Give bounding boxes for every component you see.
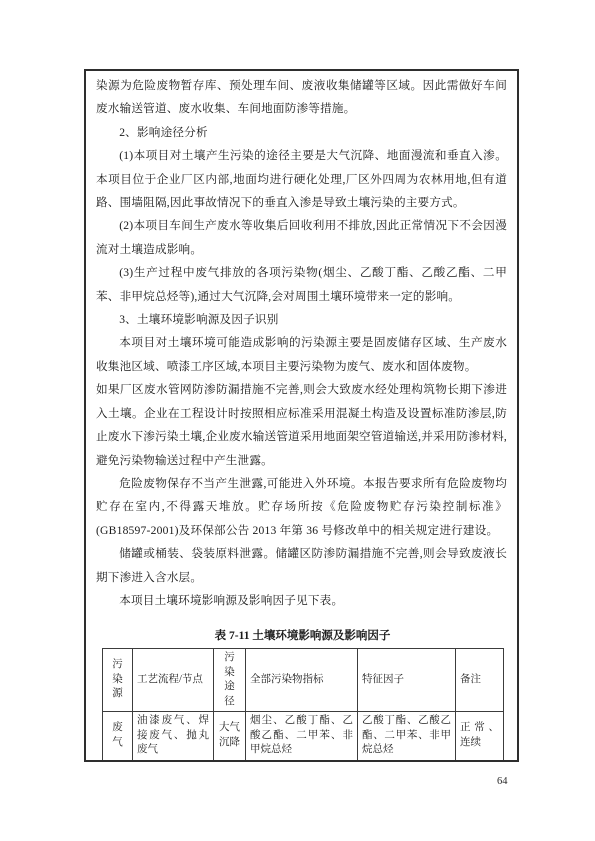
page-number: 64 xyxy=(497,776,508,787)
table-row-waste-gas: 废气 油漆废气、焊接废气、抛丸废气 大气沉降 烟尘、乙酸丁酯、乙酸乙酯、二甲苯、… xyxy=(103,712,504,761)
document-page: 染源为危险废物暂存库、预处理车间、废液收集储罐等区域。因此需做好车间废水输送管道… xyxy=(0,0,595,841)
table-cell-pollutants: 烟尘、乙酸丁酯、乙酸乙酯、二甲苯、非甲烷总烃 xyxy=(246,712,358,761)
table-cell-path: 大气沉降 xyxy=(214,712,246,761)
paragraph-item-2: (2)本项目车间生产废水等收集后回收利用不排放,因此正常情况下不会因漫流对土壤造… xyxy=(96,214,507,261)
table-cell-pollutants: 酸碱、有机物、重金属 xyxy=(246,760,358,762)
paragraph-heading-3: 3、土壤环境影响源及因子识别 xyxy=(96,308,507,331)
column-header-remarks: 备注 xyxy=(456,649,504,712)
table-cell-source: 废 xyxy=(103,760,133,762)
table-row-waste-water-clipped: 废 储罐、输送 地面 酸碱、有机物、重金属 有机物、重金属等 事故、 xyxy=(103,760,504,762)
column-header-pollution-path: 污染途径 xyxy=(214,649,246,712)
table-header-row: 污染源 工艺流程/节点 污染途径 全部污染物指标 特征因子 备注 xyxy=(103,649,504,712)
paragraph-seepage: 如果厂区废水管网防渗防漏措施不完善,则会大致废水经处理构筑物长期下渗进入土壤。企… xyxy=(96,378,507,472)
column-header-process-node: 工艺流程/节点 xyxy=(133,649,214,712)
body-text: 染源为危险废物暂存库、预处理车间、废液收集储罐等区域。因此需做好车间废水输送管道… xyxy=(86,71,517,612)
table-title: 表 7-11 土壤环境影响源及影响因子 xyxy=(102,628,503,644)
table-cell-process: 油漆废气、焊接废气、抛丸废气 xyxy=(133,712,214,761)
table-cell-process: 储罐、输送 xyxy=(133,760,214,762)
paragraph-pollution-sources: 本项目对土壤环境可能造成影响的污染源主要是固废储存区域、生产废水收集池区域、喷漆… xyxy=(96,331,507,378)
paragraph-hazardous-waste: 危险废物保存不当产生泄露,可能进入外环境。本报告要求所有危险废物均贮存在室内,不… xyxy=(96,472,507,542)
column-header-characteristic-factors: 特征因子 xyxy=(358,649,456,712)
table-cell-remark: 事故、 xyxy=(456,760,504,762)
paragraph-heading-2: 2、影响途径分析 xyxy=(96,121,507,144)
table-cell-factors: 有机物、重金属等 xyxy=(358,760,456,762)
table-cell-remark: 正常、连续 xyxy=(456,712,504,761)
table-cell-factors: 乙酸丁酯、乙酸乙酯、二甲苯、非甲烷总烃 xyxy=(358,712,456,761)
column-header-all-pollutants: 全部污染物指标 xyxy=(246,649,358,712)
content-frame: 染源为危险废物暂存库、预处理车间、废液收集储罐等区域。因此需做好车间废水输送管道… xyxy=(84,69,519,762)
impact-factors-table: 污染源 工艺流程/节点 污染途径 全部污染物指标 特征因子 备注 废气 油漆废气… xyxy=(102,648,504,762)
paragraph-item-1: (1)本项目对土壤产生污染的途径主要是大气沉降、地面漫流和垂直入渗。本项目位于企… xyxy=(96,144,507,214)
paragraph-continuation: 染源为危险废物暂存库、预处理车间、废液收集储罐等区域。因此需做好车间废水输送管道… xyxy=(96,74,507,121)
paragraph-table-intro: 本项目土壤环境影响源及影响因子见下表。 xyxy=(96,589,507,612)
column-header-pollution-source: 污染源 xyxy=(103,649,133,712)
table-cell-path: 地面 xyxy=(214,760,246,762)
paragraph-tank-leak: 储罐或桶装、袋装原料泄露。储罐区防渗防漏措施不完善,则会导致废液长期下渗进入含水… xyxy=(96,542,507,589)
table-cell-source: 废气 xyxy=(103,712,133,761)
paragraph-item-3: (3)生产过程中废气排放的各项污染物(烟尘、乙酸丁酯、乙酸乙酯、二甲苯、非甲烷总… xyxy=(96,261,507,308)
